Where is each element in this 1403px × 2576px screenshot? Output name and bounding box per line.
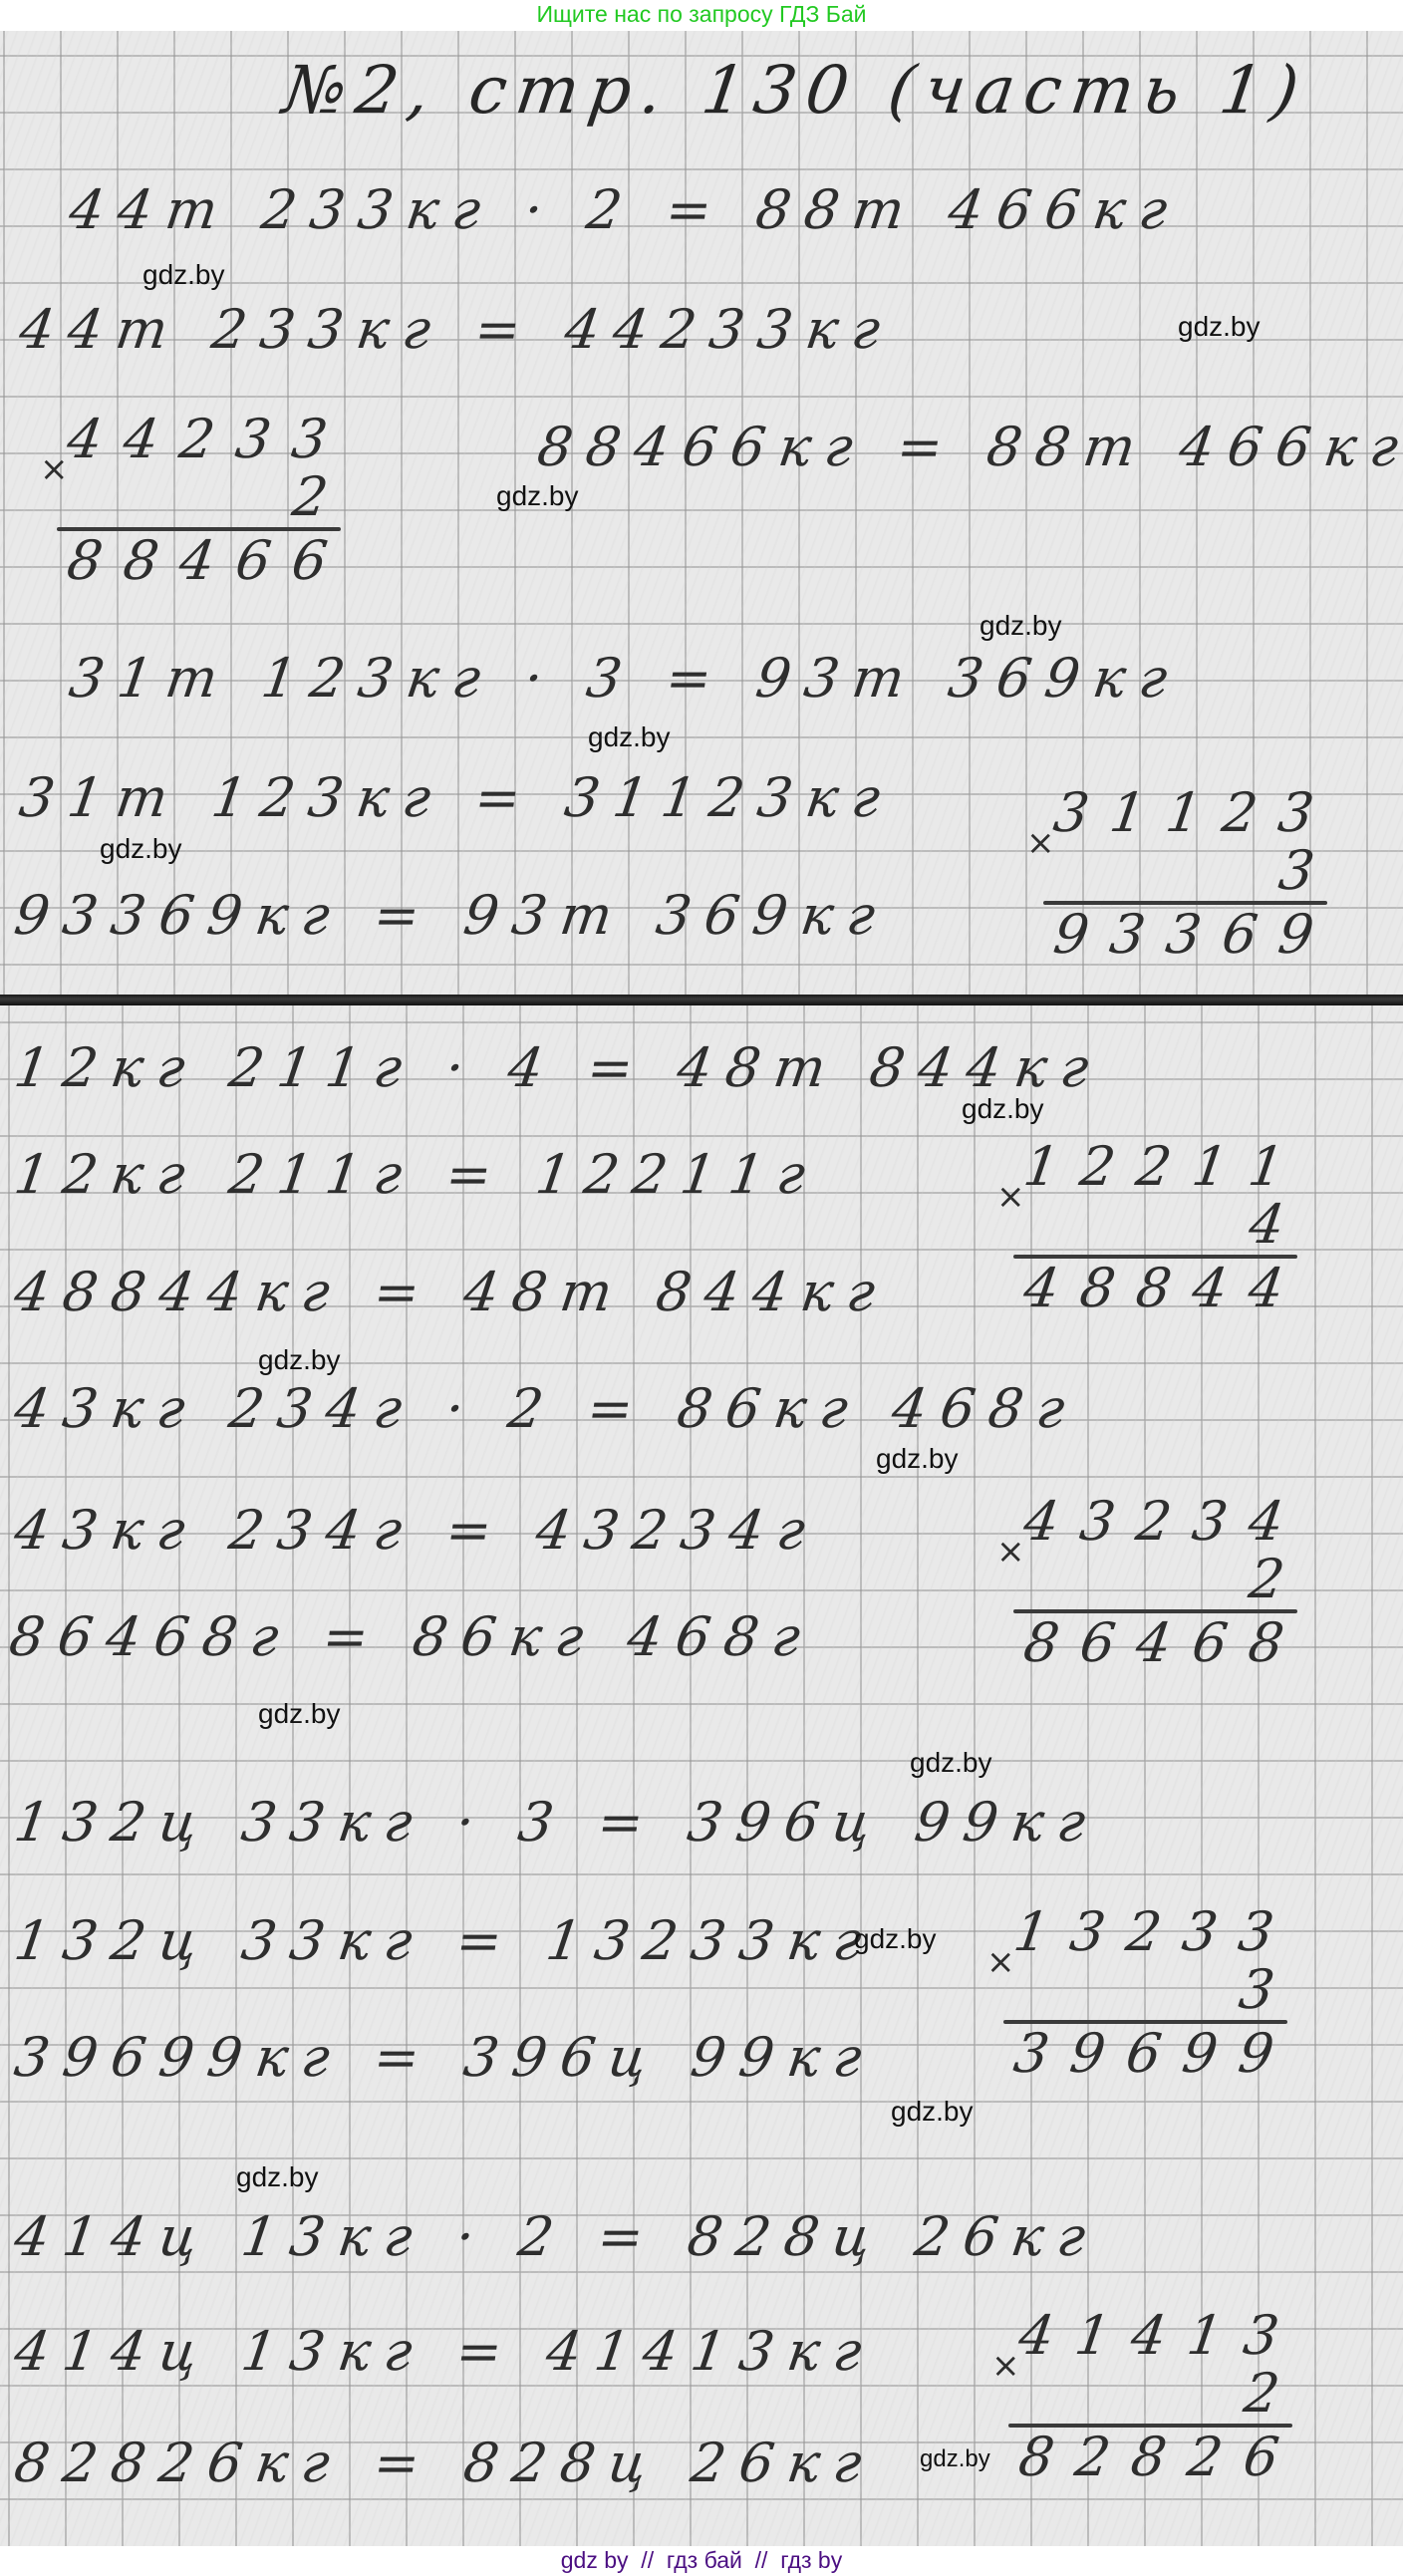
column-multiplication-6: × 41413 2 82826 (1001, 2306, 1300, 2485)
watermark: gdz.by (100, 834, 182, 864)
product: 93369 (1050, 905, 1339, 965)
result-2: 93369кг = 93т 369кг (11, 886, 893, 946)
result-1: 88466кг = 88т 466кг (534, 418, 1403, 477)
notebook-photo-top: №2, стр. 130 (часть 1) 44т 233кг · 2 = 8… (0, 31, 1403, 996)
equation-1: 44т 233кг · 2 = 88т 466кг (66, 180, 1185, 240)
watermark: gdz.by (891, 2097, 974, 2127)
result-6: 82826кг = 828ц 26кг (11, 2433, 879, 2493)
column-multiplication-5: × 13233 3 39699 (996, 1902, 1295, 2082)
multiplier: 2 (288, 467, 353, 527)
conversion-3: 12кг 211г = 12211г (11, 1145, 823, 1205)
conversion-4: 43кг 234г = 43234г (11, 1501, 823, 1561)
column-multiplication-2: × 31123 3 93369 (1036, 783, 1335, 963)
watermark: gdz.by (258, 1699, 341, 1729)
result-5: 39699кг = 396ц 99кг (11, 2028, 879, 2088)
multiplier: 4 (1245, 1195, 1309, 1255)
equation-2: 31т 123кг · 3 = 93т 369кг (66, 649, 1185, 709)
search-promo-banner[interactable]: Ищите нас по запросу ГДЗ Бай (0, 0, 1403, 31)
watermark: gdz.by (910, 1748, 992, 1778)
watermark: gdz.by (496, 481, 579, 511)
multiplicand: 12211 (1020, 1137, 1309, 1197)
multiplier: 3 (1235, 1960, 1299, 2020)
conversion-6: 414ц 13кг = 41413кг (11, 2322, 879, 2382)
multiplier: 2 (1245, 1550, 1309, 1609)
watermark: gdz.by (980, 611, 1062, 641)
multiplier: 3 (1274, 841, 1339, 901)
product: 88466 (64, 531, 353, 591)
multiplicand: 43234 (1020, 1492, 1309, 1552)
product: 39699 (1010, 2024, 1299, 2084)
watermark: gdz.by (1178, 312, 1261, 342)
watermark: gdz.by (236, 2162, 319, 2192)
column-multiplication-4: × 43234 2 86468 (1006, 1492, 1305, 1671)
column-multiplication-3: × 12211 4 48844 (1006, 1137, 1305, 1316)
equation-5: 132ц 33кг · 3 = 396ц 99кг (11, 1793, 1103, 1853)
result-3: 48844кг = 48т 844кг (11, 1263, 893, 1322)
multiplicand: 41413 (1015, 2306, 1304, 2366)
site-footer-links[interactable]: gdz by // гдз бай // гдз by (0, 2546, 1403, 2576)
multiplier: 2 (1240, 2364, 1304, 2424)
product: 48844 (1020, 1259, 1309, 1318)
watermark: gdz.by (962, 1094, 1044, 1124)
equation-3: 12кг 211г · 4 = 48т 844кг (11, 1038, 1106, 1098)
photo-divider (0, 995, 1403, 1005)
watermark: gdz.by (854, 1924, 937, 1954)
conversion-2: 31т 123кг = 31123кг (16, 768, 898, 828)
product: 82826 (1015, 2428, 1304, 2487)
equation-4: 43кг 234г · 2 = 86кг 468г (11, 1379, 1082, 1439)
notebook-photo-bottom: 12кг 211г · 4 = 48т 844кг 12кг 211г = 12… (0, 1005, 1403, 2546)
multiplicand: 44233 (64, 410, 353, 469)
product: 86468 (1020, 1613, 1309, 1673)
conversion-5: 132ц 33кг = 13233кг (11, 1911, 879, 1971)
multiplicand: 13233 (1010, 1902, 1299, 1962)
watermark: gdz.by (920, 2444, 990, 2474)
equation-6: 414ц 13кг · 2 = 828ц 26кг (11, 2207, 1103, 2267)
result-4: 86468г = 86кг 468г (6, 1607, 818, 1667)
exercise-title: №2, стр. 130 (часть 1) (280, 61, 1312, 121)
watermark: gdz.by (876, 1444, 959, 1474)
watermark: gdz.by (142, 260, 225, 290)
watermark: gdz.by (258, 1345, 341, 1375)
column-multiplication-1: × 44233 2 88466 (50, 410, 349, 589)
multiplicand: 31123 (1050, 783, 1339, 843)
watermark: gdz.by (588, 722, 671, 752)
conversion-1: 44т 233кг = 44233кг (16, 300, 898, 360)
